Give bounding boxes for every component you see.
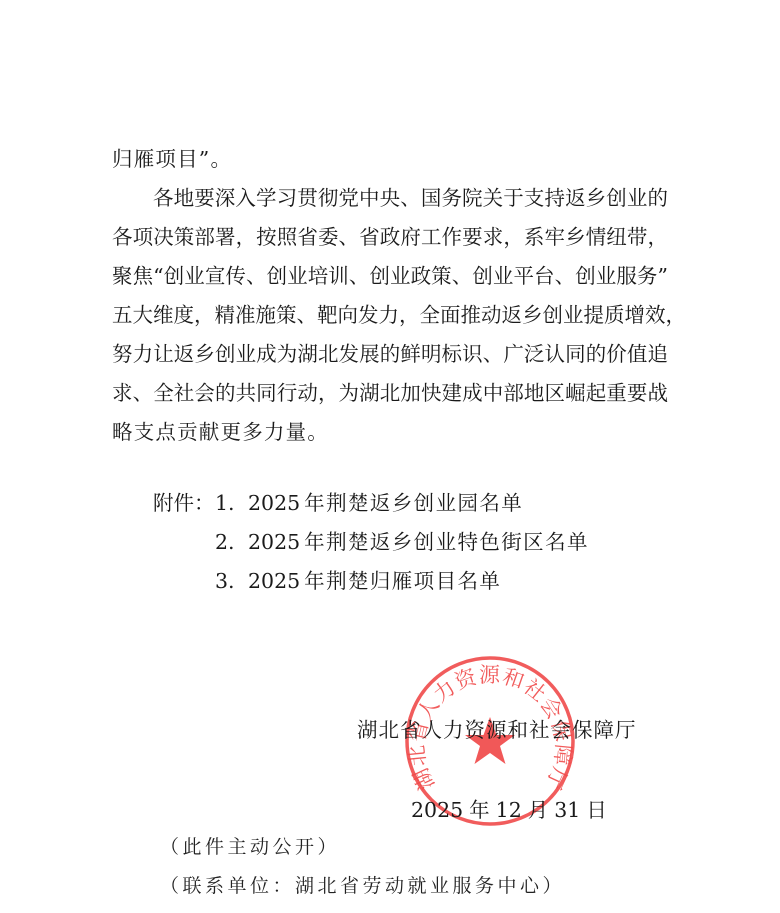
document-page: 归雁项目”。 各地要深入学习贯彻党中央、国务院关于支持返乡创业的 各项决策部署，… bbox=[0, 0, 780, 913]
date-month: 12 bbox=[496, 798, 522, 822]
attachment-title: 年荆楚返乡创业特色街区名单 bbox=[304, 530, 589, 554]
attachment-year: 2025 bbox=[248, 530, 300, 554]
body-line: 聚焦“创业宣传、创业培训、创业政策、创业平台、创业服务” bbox=[112, 262, 668, 290]
attachment-number: 1. bbox=[215, 489, 248, 517]
body-line: 归雁项目”。 bbox=[112, 145, 232, 173]
attachment-number: 3. bbox=[215, 567, 248, 595]
disclosure-note: （此件主动公开） bbox=[160, 834, 340, 860]
attachment-year: 2025 bbox=[248, 491, 300, 515]
attachment-year: 2025 bbox=[248, 569, 300, 593]
attachment-number: 2. bbox=[215, 528, 248, 556]
issuing-authority: 湖北省人力资源和社会保障厅 bbox=[357, 716, 637, 744]
contact-note: （联系单位：湖北省劳动就业服务中心） bbox=[160, 873, 565, 899]
body-line: 各项决策部署，按照省委、省政府工作要求，系牢乡情纽带， bbox=[112, 223, 668, 251]
date-year: 2025 bbox=[411, 798, 463, 822]
attachment-item: 2.2025年荆楚返乡创业特色街区名单 bbox=[215, 528, 589, 556]
attachment-item: 1.2025年荆楚返乡创业园名单 bbox=[215, 489, 523, 517]
issue-date: 2025年12月31日 bbox=[411, 796, 613, 824]
attachments-label: 附件： bbox=[153, 489, 215, 517]
attachment-title: 年荆楚返乡创业园名单 bbox=[304, 491, 523, 515]
body-line: 努力让返乡创业成为湖北发展的鲜明标识、广泛认同的价值追 bbox=[112, 340, 668, 368]
body-line: 各地要深入学习贯彻党中央、国务院关于支持返乡创业的 bbox=[153, 184, 668, 212]
date-day: 31 bbox=[554, 798, 580, 822]
body-line: 求、全社会的共同行动，为湖北加快建成中部地区崛起重要战 bbox=[112, 379, 668, 407]
body-line: 略支点贡献更多力量。 bbox=[112, 418, 329, 446]
body-line: 五大维度，精准施策、靶向发力，全面推动返乡创业提质增效， bbox=[112, 301, 668, 329]
attachment-title: 年荆楚归雁项目名单 bbox=[304, 569, 501, 593]
attachment-item: 3.2025年荆楚归雁项目名单 bbox=[215, 567, 501, 595]
